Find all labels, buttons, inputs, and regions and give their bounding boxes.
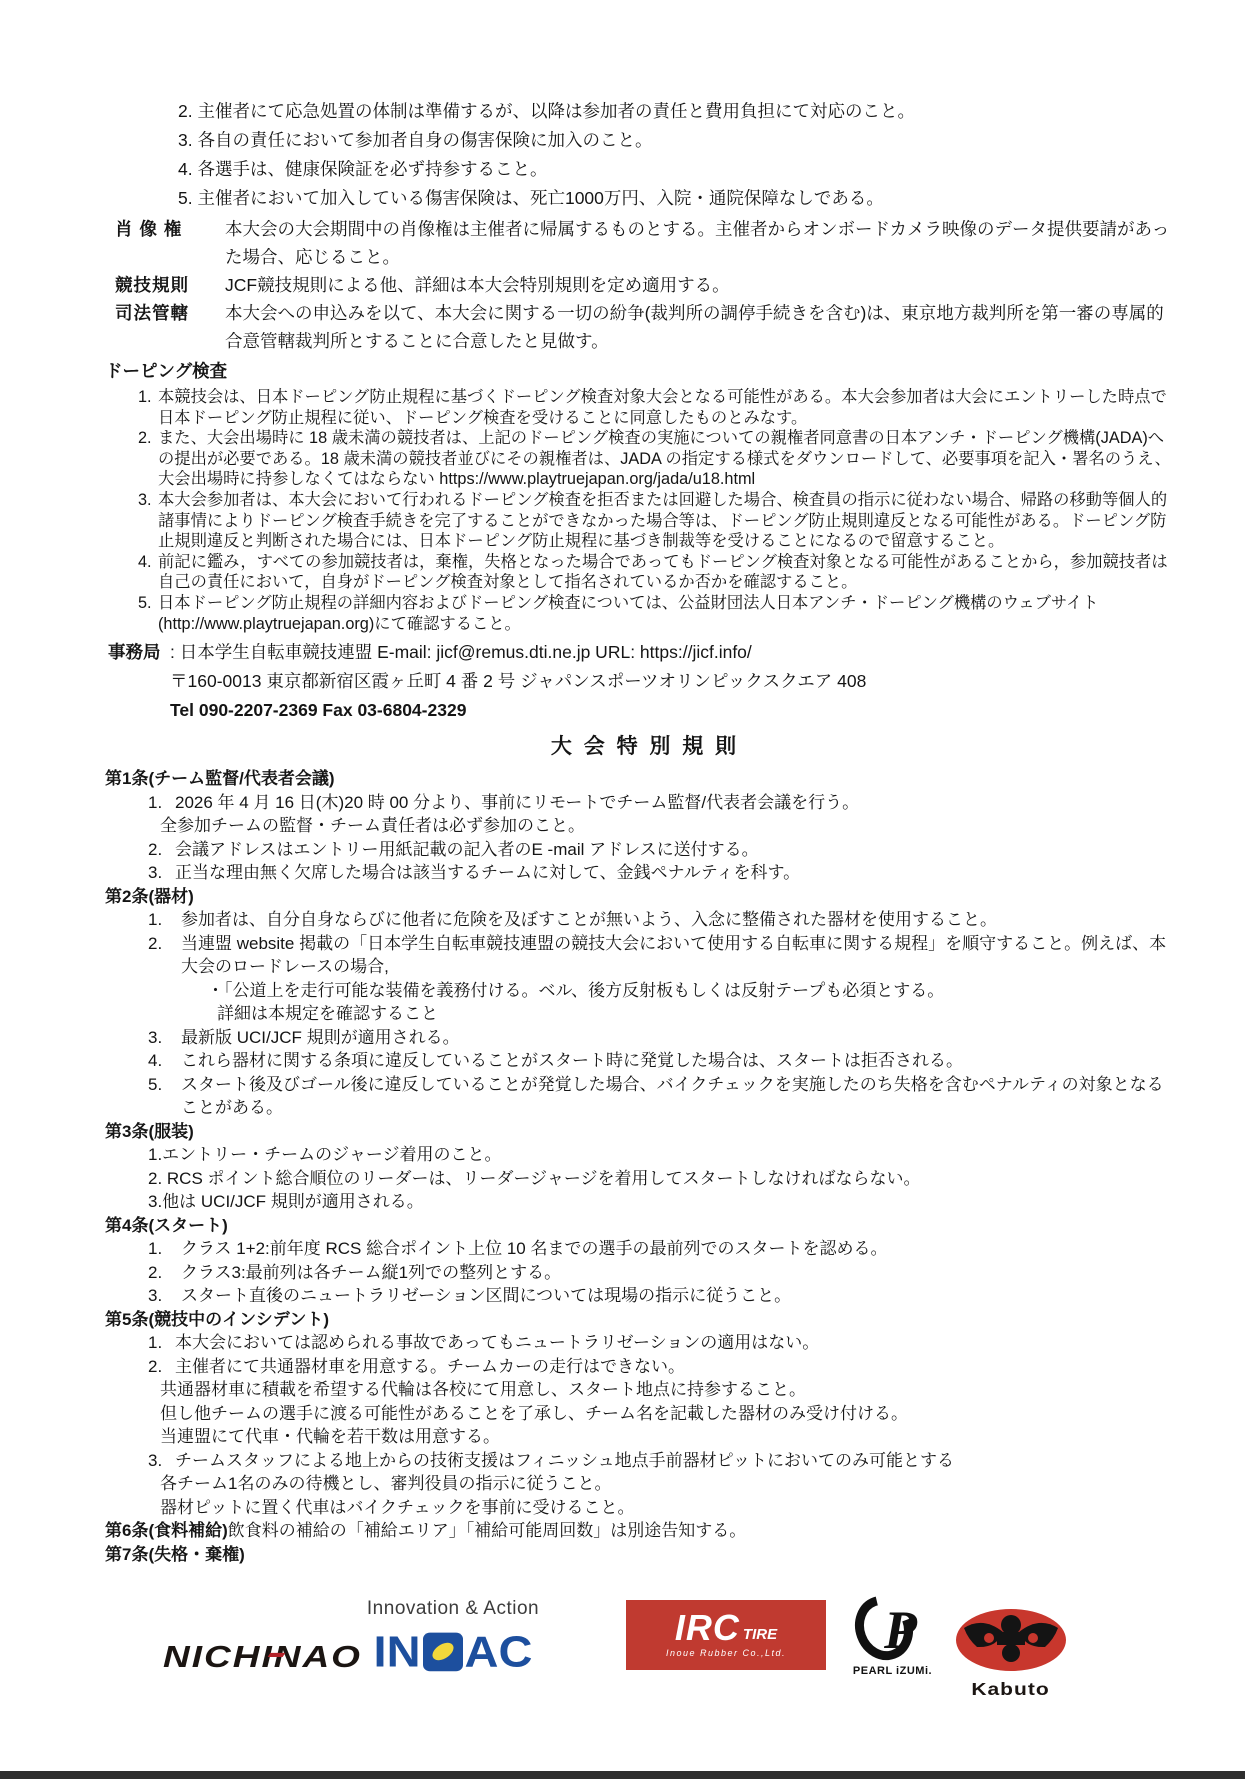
list-item: 3. チームスタッフによる地上からの技術支援はフィニッシュ地点手前器材ピットにお… bbox=[148, 1449, 1175, 1473]
list-item: 5. 主催者において加入している傷害保険は、死亡1000万円、入院・通院保障なし… bbox=[178, 184, 1175, 213]
pearl-izumi-name: PEARL iZUMi. bbox=[845, 1665, 940, 1677]
list-item: 2. RCS ポイント総合順位のリーダーは、リーダージャージを着用してスタートし… bbox=[148, 1167, 1175, 1191]
item-text: 本競技会は、日本ドーピング防止規程に基づくドーピング検査対象大会となる可能性があ… bbox=[158, 387, 1175, 428]
item-number: 2. bbox=[148, 838, 175, 862]
item-text: スタート後及びゴール後に違反していることが発覚した場合、バイクチェックを実施した… bbox=[181, 1073, 1175, 1120]
item-subtext: 当連盟にて代車・代輪を若干数は用意する。 bbox=[160, 1425, 1175, 1449]
item-text: 前記に鑑み，すべての参加競技者は，棄権，失格となった場合であってもドーピング検査… bbox=[158, 552, 1175, 593]
sponsor-logos: NICHINAO Innovation & Action IN AC IRC T… bbox=[0, 1596, 1245, 1756]
list-item: 2. 会議アドレスはエントリー用紙記載の記入者のE -mail アドレスに送付す… bbox=[148, 838, 1175, 862]
article-heading: 第7条(失格・棄権) bbox=[105, 1543, 1175, 1567]
svg-text:P: P bbox=[883, 1600, 918, 1660]
definition-label: 肖 像 権 bbox=[115, 215, 210, 271]
article-heading: 第2条(器材) bbox=[105, 885, 1175, 909]
item-number: 2. bbox=[138, 428, 158, 490]
article-3: 第3条(服装) 1.エントリー・チームのジャージ着用のこと。 2. RCS ポイ… bbox=[115, 1120, 1175, 1214]
irc-company-text: Inoue Rubber Co.,Ltd. bbox=[666, 1648, 786, 1658]
list-item: 5. スタート後及びゴール後に違反していることが発覚した場合、バイクチェックを実… bbox=[148, 1073, 1175, 1120]
article-7: 第7条(失格・棄権) bbox=[115, 1543, 1175, 1567]
item-text: 本大会においては認められる事故であってもニュートラリゼーションの適用はない。 bbox=[175, 1331, 1175, 1355]
article-heading: 第1条(チーム監督/代表者会議) bbox=[105, 767, 1175, 791]
item-text: 最新版 UCI/JCF 規則が適用される。 bbox=[181, 1026, 1175, 1050]
item-text: クラス3:最前列は各チーム縦1列での整列とする。 bbox=[181, 1261, 1175, 1285]
list-item: 4. 前記に鑑み，すべての参加競技者は，棄権，失格となった場合であってもドーピン… bbox=[138, 552, 1175, 593]
secretariat-row: 事務局 : 日本学生自転車競技連盟 E-mail: jicf@remus.dti… bbox=[115, 638, 1175, 667]
article-heading: 第4条(スタート) bbox=[105, 1214, 1175, 1238]
item-number: 5. bbox=[148, 1073, 181, 1120]
item-subtext: 全参加チームの監督・チーム責任者は必ず参加のこと。 bbox=[160, 814, 1175, 838]
list-item: 3.他は UCI/JCF 規則が適用される。 bbox=[148, 1190, 1175, 1214]
item-text: これら器材に関する条項に違反していることがスタート時に発覚した場合は、スタートは… bbox=[181, 1049, 1175, 1073]
nichinao-logo: NICHINAO bbox=[163, 1640, 362, 1674]
item-number: 4. bbox=[148, 1049, 181, 1073]
irc-tire-text: TIRE bbox=[743, 1626, 777, 1644]
list-item: 5. 日本ドーピング防止規程の詳細内容およびドーピング検査については、公益財団法… bbox=[138, 593, 1175, 634]
list-item: 1. 本大会においては認められる事故であってもニュートラリゼーションの適用はない… bbox=[148, 1331, 1175, 1355]
item-number: 3. bbox=[148, 1284, 181, 1308]
item-number: 4. bbox=[138, 552, 158, 593]
article-5: 第5条(競技中のインシデント) 1. 本大会においては認められる事故であってもニ… bbox=[115, 1308, 1175, 1520]
kabuto-mark-icon bbox=[955, 1608, 1067, 1672]
item-text: 参加者は、自分自身ならびに他者に危険を及ぼすことが無いよう、入念に整備された器材… bbox=[181, 908, 1175, 932]
definition-text: 本大会の大会期間中の肖像権は主催者に帰属するものとする。主催者からオンボードカメ… bbox=[225, 215, 1175, 271]
item-number: 1. bbox=[148, 791, 175, 815]
article-heading: 第5条(競技中のインシデント) bbox=[105, 1308, 1175, 1332]
list-item: 1.エントリー・チームのジャージ着用のこと。 bbox=[148, 1143, 1175, 1167]
doping-items: 1. 本競技会は、日本ドーピング防止規程に基づくドーピング検査対象大会となる可能… bbox=[115, 387, 1175, 634]
nichinao-red-dash-icon bbox=[268, 1653, 286, 1657]
special-rules-articles: 第1条(チーム監督/代表者会議) 1. 2026 年 4 月 16 日(木)20… bbox=[115, 767, 1175, 1566]
secretariat-address: 〒160-0013 東京都新宿区霞ヶ丘町 4 番 2 号 ジャパンスポーツオリン… bbox=[170, 667, 1175, 696]
item-number: 1. bbox=[138, 387, 158, 428]
definition-label: 司法管轄 bbox=[115, 299, 210, 355]
item-text: クラス 1+2:前年度 RCS 総合ポイント上位 10 名までの選手の最前列での… bbox=[181, 1237, 1175, 1261]
list-item: 1. 参加者は、自分自身ならびに他者に危険を及ぼすことが無いよう、入念に整備され… bbox=[148, 908, 1175, 932]
item-subtext: 但し他チームの選手に渡る可能性があることを了承し、チーム名を記載した器材のみ受け… bbox=[160, 1402, 1175, 1426]
inoac-letters-right: AC bbox=[465, 1626, 533, 1677]
pearl-izumi-mark-icon: P bbox=[850, 1596, 936, 1662]
item-subtext: ・「公道上を走行可能な装備を義務付ける。ベル、後方反射板もしくは反射テープも必須… bbox=[207, 979, 1175, 1003]
definition-text: 本大会への申込みを以て、本大会に関する一切の紛争(裁判所の調停手続きを含む)は、… bbox=[225, 299, 1175, 355]
article-heading: 第6条(食料補給)飲食料の補給の「補給エリア」「補給可能周回数」は別途告知する。 bbox=[105, 1519, 1175, 1543]
jurisdiction-row: 司法管轄 本大会への申込みを以て、本大会に関する一切の紛争(裁判所の調停手続きを… bbox=[115, 299, 1175, 355]
secretariat-block: 事務局 : 日本学生自転車競技連盟 E-mail: jicf@remus.dti… bbox=[115, 638, 1175, 725]
doping-section-heading: ドーピング検査 bbox=[105, 358, 1175, 385]
item-text: 日本ドーピング防止規程の詳細内容およびドーピング検査については、公益財団法人日本… bbox=[158, 593, 1175, 634]
item-number: 3. bbox=[148, 1026, 181, 1050]
article-1: 第1条(チーム監督/代表者会議) 1. 2026 年 4 月 16 日(木)20… bbox=[115, 767, 1175, 885]
item-number: 1. bbox=[148, 1237, 181, 1261]
item-text: チームスタッフによる地上からの技術支援はフィニッシュ地点手前器材ピットにおいての… bbox=[175, 1449, 1175, 1473]
inoac-tagline: Innovation & Action bbox=[358, 1598, 548, 1620]
definition-text: JCF競技規則による他、詳細は本大会特別規則を定め適用する。 bbox=[225, 271, 1175, 299]
list-item: 2. 主催者にて応急処置の体制は準備するが、以降は参加者の責任と費用負担にて対応… bbox=[178, 97, 1175, 126]
item-subtext: 各チーム1名のみの待機とし、審判役員の指示に従うこと。 bbox=[160, 1472, 1175, 1496]
item-number: 2. bbox=[148, 932, 181, 979]
special-rules-title: 大 会 特 別 規 則 bbox=[115, 732, 1175, 762]
item-subtext: 器材ピットに置く代車はバイクチェックを事前に受けること。 bbox=[160, 1496, 1175, 1520]
secretariat-phone: Tel 090-2207-2369 Fax 03-6804-2329 bbox=[170, 696, 1175, 725]
article-heading: 第3条(服装) bbox=[105, 1120, 1175, 1144]
item-subtext: 詳細は本規定を確認すること bbox=[217, 1002, 1175, 1026]
preliminary-items: 2. 主催者にて応急処置の体制は準備するが、以降は参加者の責任と費用負担にて対応… bbox=[115, 97, 1175, 213]
definition-rows: 肖 像 権 本大会の大会期間中の肖像権は主催者に帰属するものとする。主催者からオ… bbox=[115, 215, 1175, 355]
irc-brand-row: IRC TIRE bbox=[675, 1612, 777, 1644]
kabuto-logo: Kabuto bbox=[953, 1608, 1068, 1702]
document-page: 2. 主催者にて応急処置の体制は準備するが、以降は参加者の責任と費用負担にて対応… bbox=[0, 0, 1245, 1566]
competition-rules-row: 競技規則 JCF競技規則による他、詳細は本大会特別規則を定め適用する。 bbox=[115, 271, 1175, 299]
irc-tire-logo: IRC TIRE Inoue Rubber Co.,Ltd. bbox=[626, 1600, 826, 1670]
item-number: 3. bbox=[148, 1449, 175, 1473]
inoac-logo: Innovation & Action IN AC bbox=[358, 1598, 548, 1679]
portrait-rights-row: 肖 像 権 本大会の大会期間中の肖像権は主催者に帰属するものとする。主催者からオ… bbox=[115, 215, 1175, 271]
list-item: 1. クラス 1+2:前年度 RCS 総合ポイント上位 10 名までの選手の最前… bbox=[148, 1237, 1175, 1261]
article-heading-text: 第6条(食料補給) bbox=[105, 1521, 228, 1540]
article-6: 第6条(食料補給)飲食料の補給の「補給エリア」「補給可能周回数」は別途告知する。 bbox=[115, 1519, 1175, 1543]
item-number: 5. bbox=[138, 593, 158, 634]
item-text: 正当な理由無く欠席した場合は該当するチームに対して、金銭ペナルティを科す。 bbox=[175, 861, 1175, 885]
list-item: 4. これら器材に関する条項に違反していることがスタート時に発覚した場合は、スタ… bbox=[148, 1049, 1175, 1073]
list-item: 3. 最新版 UCI/JCF 規則が適用される。 bbox=[148, 1026, 1175, 1050]
list-item: 1. 本競技会は、日本ドーピング防止規程に基づくドーピング検査対象大会となる可能… bbox=[138, 387, 1175, 428]
inoac-logo-text: IN AC bbox=[358, 1626, 548, 1677]
item-number: 1. bbox=[148, 908, 181, 932]
list-item: 3. 本大会参加者は、本大会において行われるドーピング検査を拒否または回避した場… bbox=[138, 490, 1175, 552]
list-item: 4. 各選手は、健康保険証を必ず持参すること。 bbox=[178, 155, 1175, 184]
article-2: 第2条(器材) 1. 参加者は、自分自身ならびに他者に危険を及ぼすことが無いよう… bbox=[115, 885, 1175, 1120]
article-inline-text: 飲食料の補給の「補給エリア」「補給可能周回数」は別途告知する。 bbox=[228, 1521, 747, 1540]
list-item: 2. また、大会出場時に 18 歳未満の競技者は、上記のドーピング検査の実施につ… bbox=[138, 428, 1175, 490]
item-text: また、大会出場時に 18 歳未満の競技者は、上記のドーピング検査の実施についての… bbox=[158, 428, 1175, 490]
item-number: 2. bbox=[148, 1261, 181, 1285]
list-item: 3. スタート直後のニュートラリゼーション区間については現場の指示に従うこと。 bbox=[148, 1284, 1175, 1308]
secretariat-contact: : 日本学生自転車競技連盟 E-mail: jicf@remus.dti.ne.… bbox=[170, 638, 752, 667]
item-text: 当連盟 website 掲載の「日本学生自転車競技連盟の競技大会において使用する… bbox=[181, 932, 1175, 979]
definition-label: 競技規則 bbox=[115, 271, 210, 299]
inoac-letters-left: IN bbox=[374, 1626, 421, 1677]
list-item: 3. 各自の責任において参加者自身の傷害保険に加入のこと。 bbox=[178, 126, 1175, 155]
item-number: 3. bbox=[138, 490, 158, 552]
kabuto-name: Kabuto bbox=[953, 1680, 1068, 1700]
list-item: 3. 正当な理由無く欠席した場合は該当するチームに対して、金銭ペナルティを科す。 bbox=[148, 861, 1175, 885]
list-item: 2. 主催者にて共通器材車を用意する。チームカーの走行はできない。 bbox=[148, 1355, 1175, 1379]
nichinao-logo-text: NICHINAO bbox=[163, 1640, 362, 1674]
item-subtext: 共通器材車に積載を希望する代輪は各校にて用意し、スタート地点に持参すること。 bbox=[160, 1378, 1175, 1402]
item-number: 3. bbox=[148, 861, 175, 885]
pearl-izumi-logo: P PEARL iZUMi. bbox=[845, 1596, 940, 1677]
inoac-oval-icon bbox=[428, 1639, 456, 1663]
list-item: 1. 2026 年 4 月 16 日(木)20 時 00 分より、事前にリモート… bbox=[148, 791, 1175, 815]
item-number: 2. bbox=[148, 1355, 175, 1379]
article-4: 第4条(スタート) 1. クラス 1+2:前年度 RCS 総合ポイント上位 10… bbox=[115, 1214, 1175, 1308]
item-number: 1. bbox=[148, 1331, 175, 1355]
list-item: 2. クラス3:最前列は各チーム縦1列での整列とする。 bbox=[148, 1261, 1175, 1285]
bottom-black-bar bbox=[0, 1771, 1245, 1779]
item-text: スタート直後のニュートラリゼーション区間については現場の指示に従うこと。 bbox=[181, 1284, 1175, 1308]
list-item: 2. 当連盟 website 掲載の「日本学生自転車競技連盟の競技大会において使… bbox=[148, 932, 1175, 979]
item-text: 会議アドレスはエントリー用紙記載の記入者のE -mail アドレスに送付する。 bbox=[175, 838, 1175, 862]
item-text: 本大会参加者は、本大会において行われるドーピング検査を拒否または回避した場合、検… bbox=[158, 490, 1175, 552]
item-text: 主催者にて共通器材車を用意する。チームカーの走行はできない。 bbox=[175, 1355, 1175, 1379]
irc-brand-text: IRC bbox=[675, 1612, 740, 1644]
secretariat-label: 事務局 bbox=[108, 638, 170, 667]
item-text: 2026 年 4 月 16 日(木)20 時 00 分より、事前にリモートでチー… bbox=[175, 791, 1175, 815]
inoac-o-icon bbox=[423, 1632, 463, 1671]
